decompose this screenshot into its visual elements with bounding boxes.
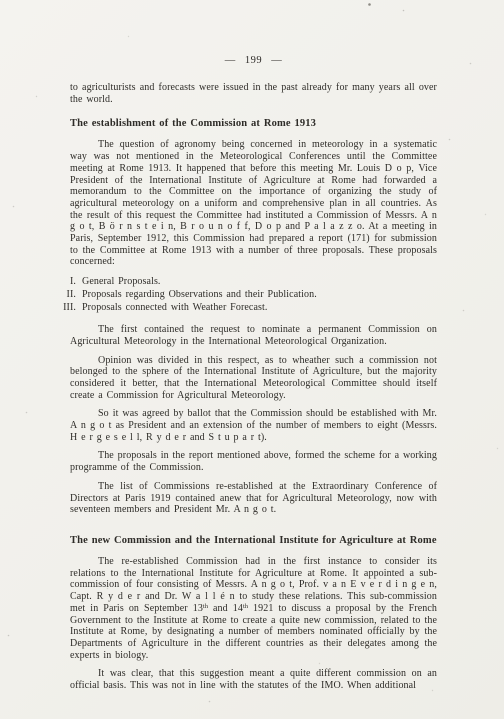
list-item-text: Proposals regarding Observations and the… — [82, 288, 317, 301]
section1-heading: The establishment of the Commission at R… — [70, 118, 437, 130]
paragraph: The list of Commissions re-established a… — [70, 481, 437, 516]
list-item-text: General Proposals. — [82, 275, 161, 288]
list-item-numeral: III. — [56, 301, 76, 314]
header-dash-left: — — [225, 55, 236, 66]
list-item-text: Proposals connected with Weather Forecas… — [82, 301, 267, 314]
proposal-list: I. General Proposals. II. Proposals rega… — [70, 275, 437, 314]
paragraph: The re-established Commission had in the… — [70, 556, 437, 661]
paragraph: It was clear, that this suggestion meant… — [70, 668, 437, 691]
page-number-value: 199 — [245, 55, 262, 66]
list-item: III. Proposals connected with Weather Fo… — [70, 301, 437, 314]
paragraph: Opinion was divided in this respect, as … — [70, 355, 437, 402]
header-dash-right: — — [271, 55, 282, 66]
page-number: — 199 — — [70, 55, 437, 67]
scan-noise — [0, 0, 1, 1]
list-item: I. General Proposals. — [70, 275, 437, 288]
section2-heading: The new Commission and the International… — [70, 535, 437, 547]
list-item-numeral: I. — [56, 275, 76, 288]
intro-paragraph: to agriculturists and forecasts were iss… — [70, 82, 437, 105]
list-item: II. Proposals regarding Observations and… — [70, 288, 437, 301]
scanned-book-page: — 199 — to agriculturists and forecasts … — [0, 0, 504, 719]
paragraph: So it was agreed by ballot that the Comm… — [70, 408, 437, 443]
paragraph: The question of agronomy being concerned… — [70, 139, 437, 268]
list-item-numeral: II. — [56, 288, 76, 301]
paragraph: The first contained the request to nomin… — [70, 324, 437, 347]
paragraph: The proposals in the report mentioned ab… — [70, 450, 437, 473]
